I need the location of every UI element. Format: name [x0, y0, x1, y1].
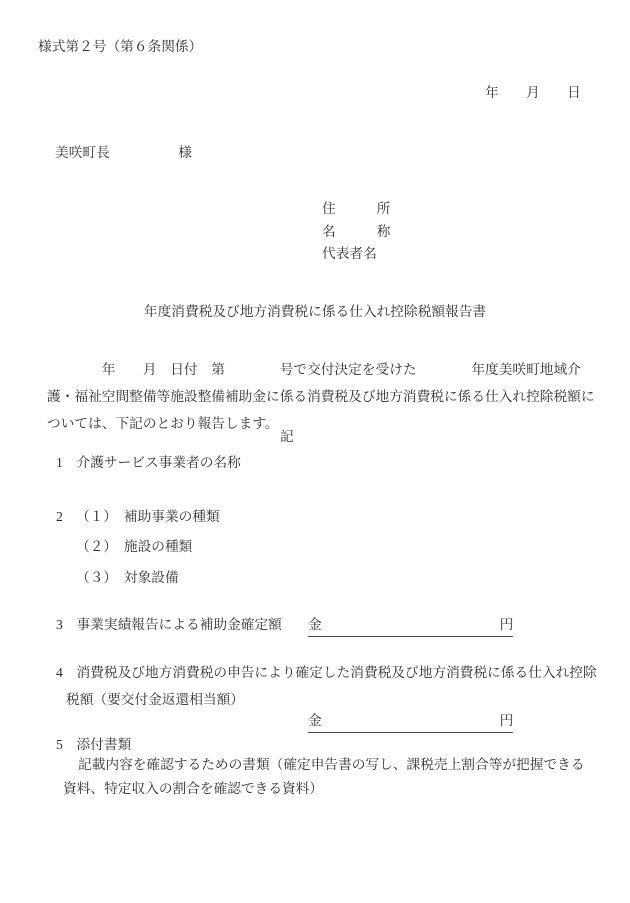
- item-4-line-1: 4 消費税及び地方消費税の申告により確定した消費税及び地方消費税に係る仕入れ控除: [56, 664, 597, 682]
- applicant-address-label: 住 所: [322, 200, 390, 218]
- addressee-line: 美咲町長 様: [55, 144, 192, 162]
- item-2-sub-2: （２） 施設の種類: [76, 538, 192, 556]
- date-line: 年 月 日: [485, 84, 581, 102]
- item-4-amount-line: 金 円: [308, 712, 513, 733]
- item-3-line: 3 事業実績報告による補助金確定額: [56, 616, 282, 634]
- item-4-line-2: 税額（要交付金返還相当額）: [66, 691, 244, 709]
- applicant-name-label: 名 称: [322, 223, 390, 241]
- item-3-amount-line: 金 円: [308, 616, 513, 637]
- form-number: 様式第２号（第６条関係）: [38, 38, 202, 56]
- item-2-number: 2: [56, 508, 63, 526]
- item-2-sub-1: （１） 補助事業の種類: [76, 508, 220, 526]
- item-5-note-1: 記載内容を確認するための書類（確定申告書の写し、課税売上割合等が把握できる: [78, 756, 584, 774]
- body-line-3: ついては、下記のとおり報告します。: [47, 415, 279, 433]
- item-1-line: 1 介護サービス事業者の名称: [56, 454, 241, 472]
- item-5-line: 5 添付書類: [56, 736, 131, 754]
- applicant-representative-label: 代表者名: [322, 245, 377, 263]
- item-5-note-2: 資料、特定収入の割合を確認できる資料）: [63, 780, 323, 798]
- body-line-2: 護・福祉空間整備等施設整備補助金に係る消費税及び地方消費税に係る仕入れ控除税額に: [47, 388, 595, 406]
- body-line-1: 年 月 日付 第 号で交付決定を受けた 年度美咲町地域介: [47, 361, 581, 379]
- item-2-sub-3: （３） 対象設備: [76, 569, 179, 587]
- record-mark: 記: [280, 428, 294, 446]
- document-title: 年度消費税及び地方消費税に係る仕入れ控除税額報告書: [0, 303, 630, 321]
- document-page: 様式第２号（第６条関係） 年 月 日 美咲町長 様 住 所 名 称 代表者名 年…: [0, 0, 630, 903]
